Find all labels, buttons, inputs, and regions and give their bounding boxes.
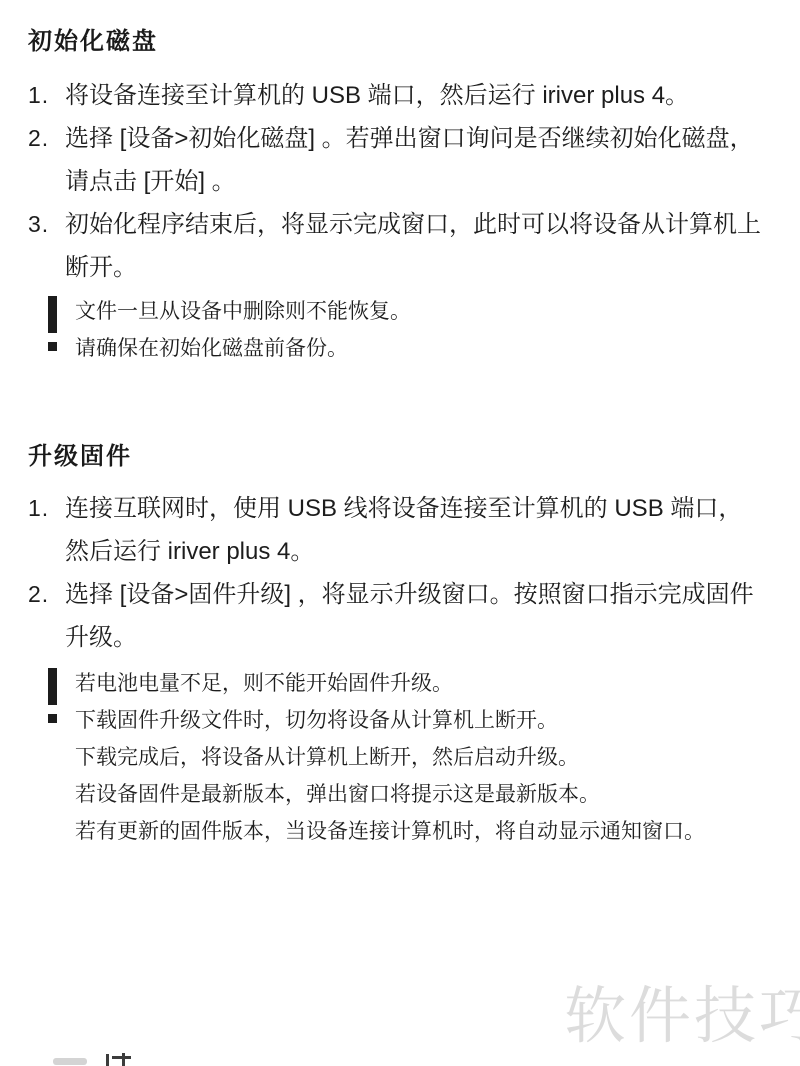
upgrade-firmware-steps: 1. 连接互联网时，使用 USB 线将设备连接至计算机的 USB 端口，然后运行… [28, 487, 800, 659]
exclamation-bar [48, 668, 57, 705]
list-item: 2. 选择 [设备>固件升级] ，将显示升级窗口。按照窗口指示完成固件升级。 [28, 573, 800, 659]
exclamation-icon [28, 293, 75, 351]
exclamation-dot [48, 342, 57, 351]
section-title-upgrade-firmware: 升级固件 [28, 443, 800, 471]
exclamation-bar [48, 296, 57, 333]
warning-note-text: 文件一旦从设备中删除则不能恢复。 请确保在初始化磁盘前备份。 [75, 293, 411, 367]
list-item: 1. 将设备连接至计算机的 USB 端口，然后运行 iriver plus 4。 [28, 74, 800, 117]
note-line: 下载固件升级文件时，切勿将设备从计算机上断开。 [75, 702, 705, 739]
note-line: 文件一旦从设备中删除则不能恢复。 [75, 293, 411, 330]
note-line: 请确保在初始化磁盘前备份。 [75, 330, 411, 367]
warning-note-initialize-disk: 文件一旦从设备中删除则不能恢复。 请确保在初始化磁盘前备份。 [28, 293, 800, 367]
list-item: 2. 选择 [设备>初始化磁盘] 。若弹出窗口询问是否继续初始化磁盘，请点击 [… [28, 117, 800, 203]
cutoff-text-fragment [53, 1058, 87, 1065]
step-number: 2. [28, 573, 65, 616]
watermark-text: 软件技巧 [564, 966, 800, 1055]
step-text: 初始化程序结束后，将显示完成窗口，此时可以将设备从计算机上断开。 [65, 203, 765, 289]
note-line: 若设备固件是最新版本，弹出窗口将提示这是最新版本。 [75, 776, 705, 813]
list-item: 1. 连接互联网时，使用 USB 线将设备连接至计算机的 USB 端口，然后运行… [28, 487, 800, 573]
step-number: 3. [28, 203, 65, 246]
note-line: 若电池电量不足，则不能开始固件升级。 [75, 665, 705, 702]
step-text: 选择 [设备>固件升级] ，将显示升级窗口。按照窗口指示完成固件升级。 [65, 573, 765, 659]
note-line: 若有更新的固件版本，当设备连接计算机时，将自动显示通知窗口。 [75, 813, 705, 850]
list-item: 3. 初始化程序结束后，将显示完成窗口，此时可以将设备从计算机上断开。 [28, 203, 800, 289]
note-line: 下载完成后，将设备从计算机上断开，然后启动升级。 [75, 739, 705, 776]
section-title-initialize-disk: 初始化磁盘 [28, 28, 800, 56]
step-text: 将设备连接至计算机的 USB 端口，然后运行 iriver plus 4。 [65, 74, 765, 117]
step-text: 选择 [设备>初始化磁盘] 。若弹出窗口询问是否继续初始化磁盘，请点击 [开始]… [65, 117, 765, 203]
manual-page: 初始化磁盘 1. 将设备连接至计算机的 USB 端口，然后运行 iriver p… [0, 0, 800, 1066]
warning-note-upgrade-firmware: 若电池电量不足，则不能开始固件升级。 下载固件升级文件时，切勿将设备从计算机上断… [28, 665, 800, 850]
cutoff-text-fragment [122, 1053, 125, 1066]
cutoff-text-fragment [106, 1054, 109, 1066]
step-number: 2. [28, 117, 65, 160]
step-number: 1. [28, 487, 65, 530]
step-text: 连接互联网时，使用 USB 线将设备连接至计算机的 USB 端口，然后运行 ir… [65, 487, 765, 573]
initialize-disk-steps: 1. 将设备连接至计算机的 USB 端口，然后运行 iriver plus 4。… [28, 74, 800, 289]
warning-note-text: 若电池电量不足，则不能开始固件升级。 下载固件升级文件时，切勿将设备从计算机上断… [75, 665, 705, 850]
step-number: 1. [28, 74, 65, 117]
exclamation-dot [48, 714, 57, 723]
exclamation-icon [28, 665, 75, 723]
